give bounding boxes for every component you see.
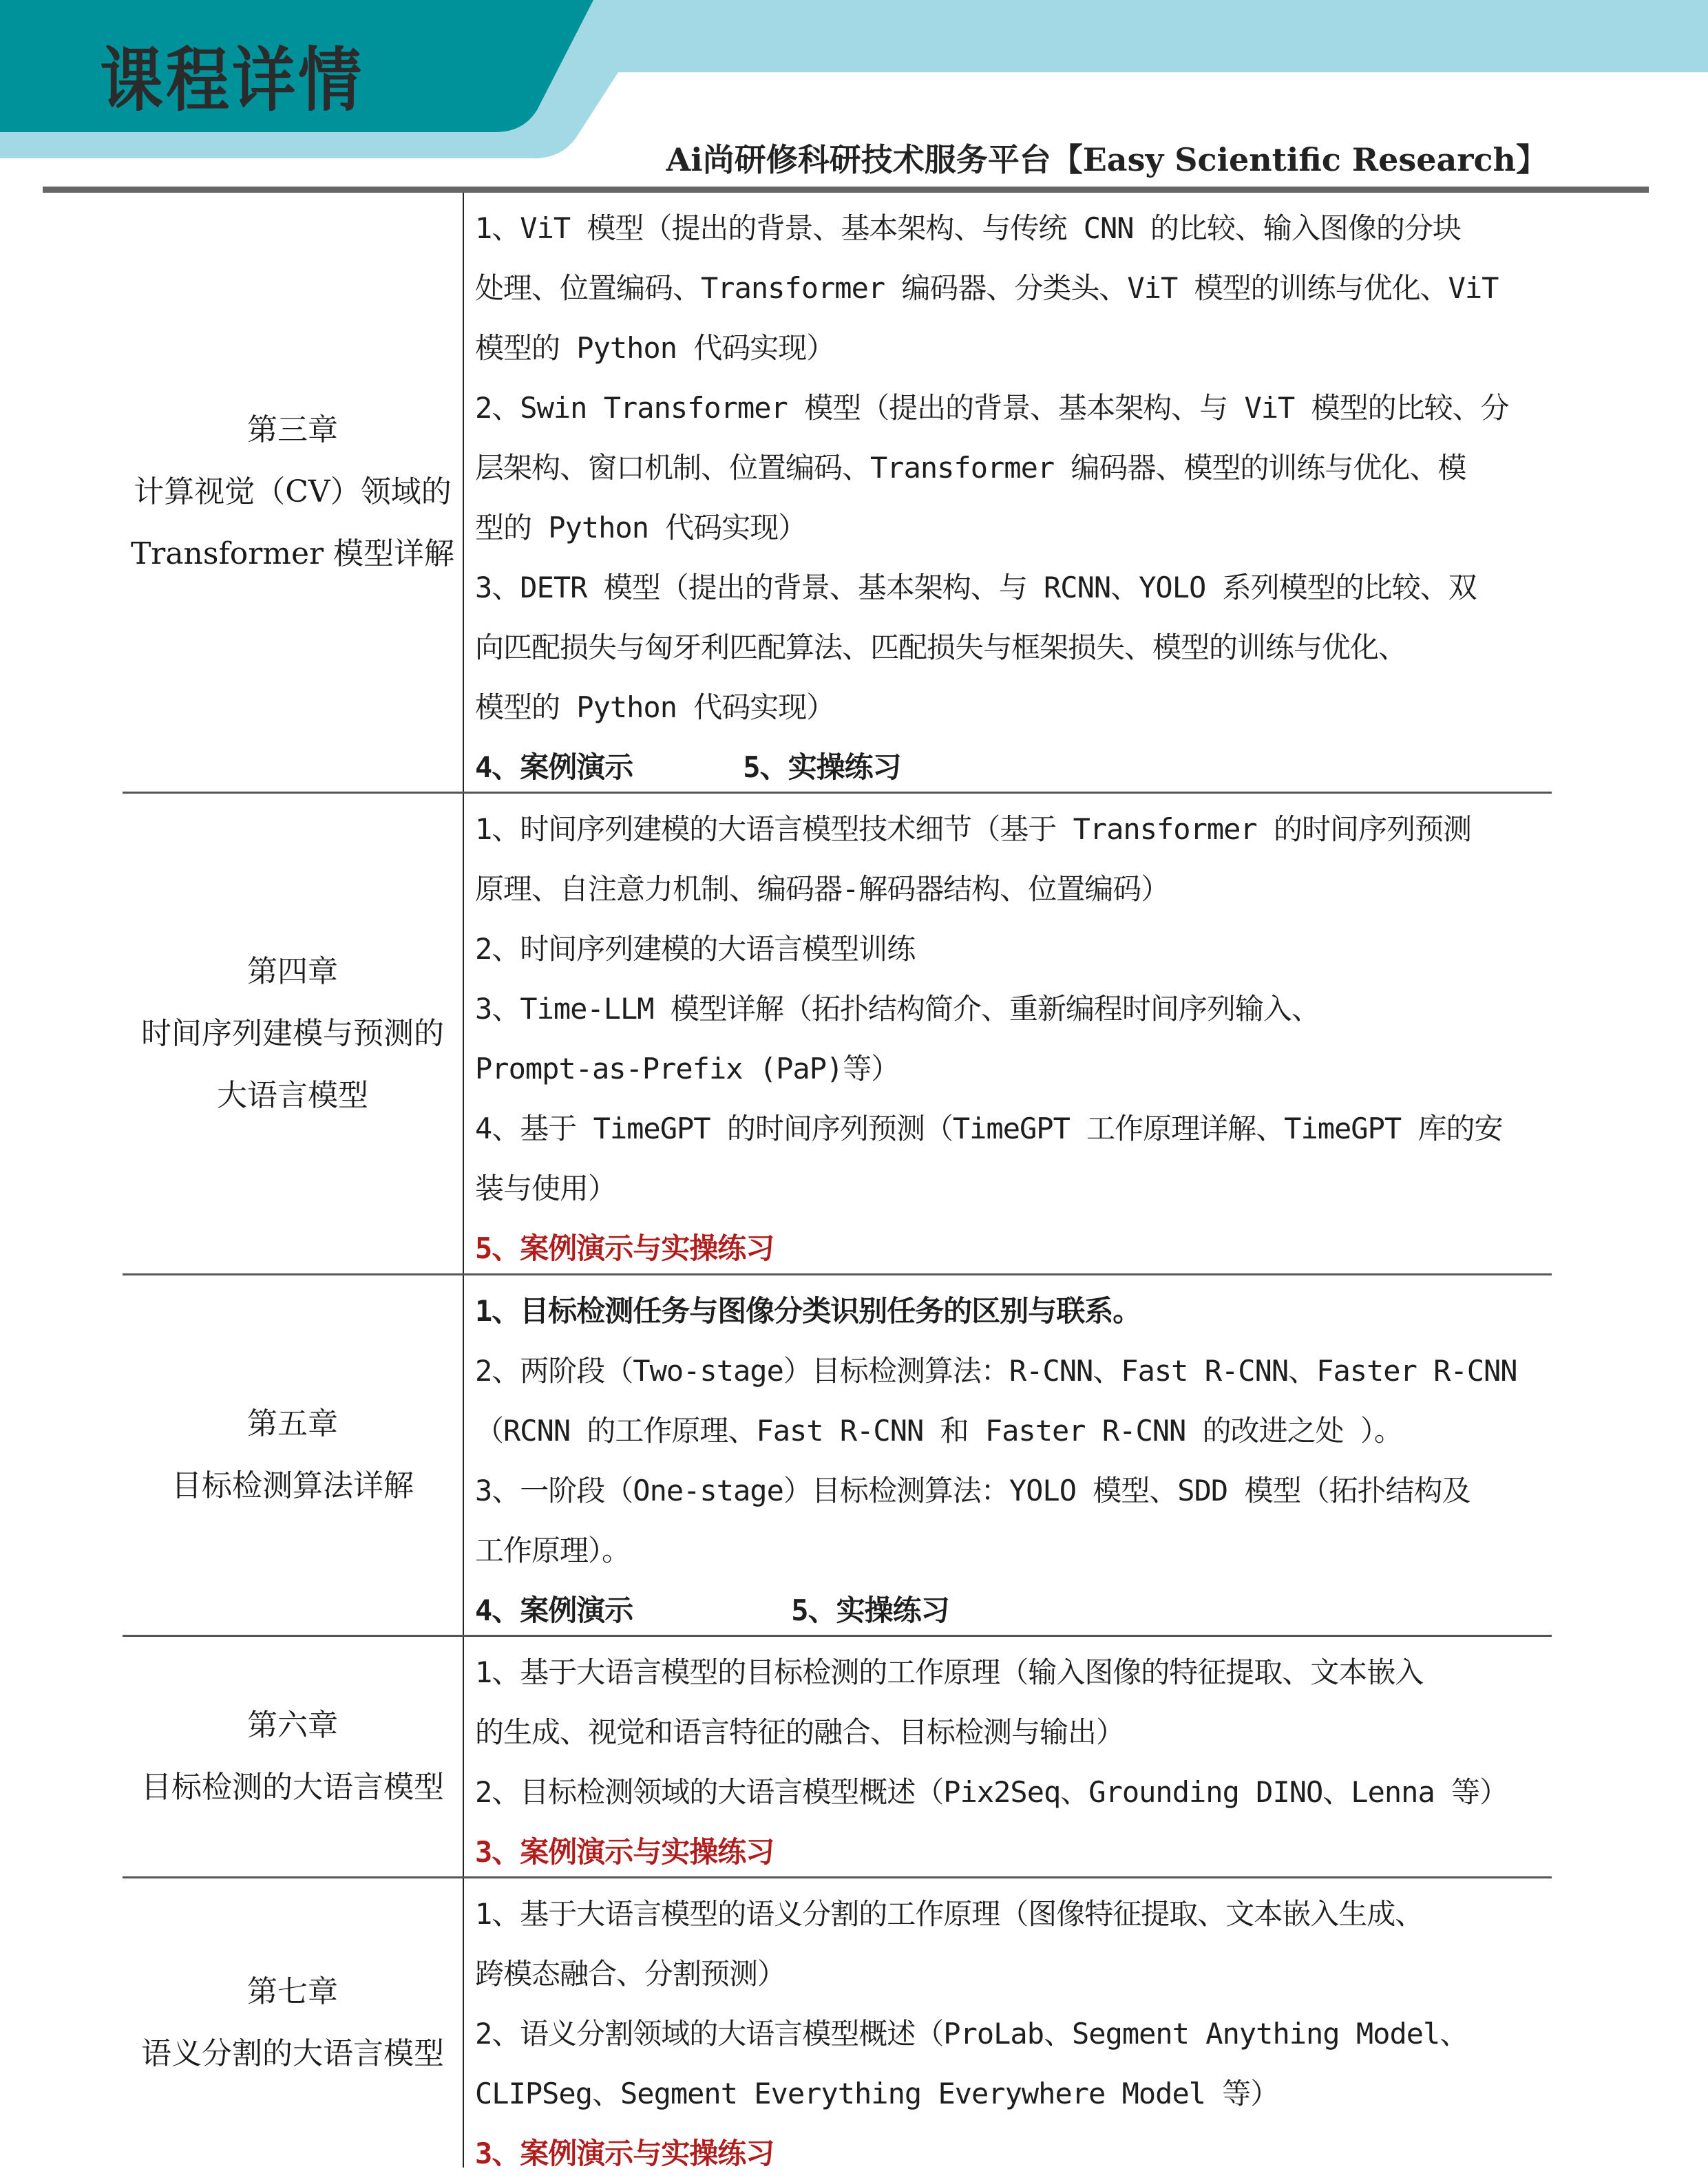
chapter-title-line: 时间序列建模与预测的 [141, 1003, 444, 1065]
content-line-highlight: 3、案例演示与实操练习 [475, 2123, 1552, 2182]
chapter-number: 第五章 [171, 1393, 414, 1455]
chapter-title-line: 目标检测算法详解 [171, 1455, 414, 1517]
platform-subtitle: Ai尚研修科研技术服务平台【Easy Scientific Research】 [666, 135, 1548, 180]
chapter-row-5: 第五章 目标检测算法详解 1、目标检测任务与图像分类识别任务的区别与联系。 2、… [123, 1275, 1552, 1637]
chapter-row-3: 第三章 计算视觉（CV）领域的 Transformer 模型详解 1、ViT 模… [123, 193, 1552, 794]
chapter-label-cell: 第三章 计算视觉（CV）领域的 Transformer 模型详解 [123, 193, 464, 792]
chapter-number: 第六章 [141, 1695, 444, 1757]
chapter-content-cell: 1、时间序列建模的大语言模型技术细节（基于 Transformer 的时间序列预… [464, 794, 1552, 1273]
chapter-title-line: Transformer 模型详解 [131, 523, 454, 585]
case-demo-item: 4、案例演示 [475, 1593, 633, 1627]
chapter-number: 第三章 [131, 399, 454, 461]
content-line: 2、时间序列建模的大语言模型训练 [475, 919, 1552, 979]
header-divider [43, 187, 1649, 193]
chapter-label-cell: 第五章 目标检测算法详解 [123, 1275, 464, 1635]
content-line: 2、目标检测领域的大语言模型概述（Pix2Seq、Grounding DINO、… [475, 1762, 1552, 1822]
content-line: 1、ViT 模型（提出的背景、基本架构、与传统 CNN 的比较、输入图像的分块 [475, 198, 1552, 258]
content-line: 模型的 Python 代码实现） [475, 677, 1552, 737]
content-line: 工作原理）。 [475, 1521, 1552, 1580]
chapter-content-cell: 1、ViT 模型（提出的背景、基本架构、与传统 CNN 的比较、输入图像的分块 … [464, 193, 1552, 792]
content-line: （RCNN 的工作原理、Fast R-CNN 和 Faster R-CNN 的改… [475, 1401, 1552, 1461]
content-line: 模型的 Python 代码实现） [475, 318, 1552, 378]
content-line: 跨模态融合、分割预测） [475, 1944, 1552, 2004]
chapter-title-line: 大语言模型 [141, 1065, 444, 1127]
content-line: 4、基于 TimeGPT 的时间序列预测（TimeGPT 工作原理详解、Time… [475, 1099, 1552, 1158]
content-line-footer: 4、案例演示5、实操练习 [475, 1580, 1552, 1640]
page-title: 课程详情 [100, 25, 364, 125]
content-line: 1、基于大语言模型的目标检测的工作原理（输入图像的特征提取、文本嵌入 [475, 1642, 1552, 1702]
content-line-highlight: 5、案例演示与实操练习 [475, 1218, 1552, 1278]
chapter-number: 第四章 [141, 941, 444, 1003]
practice-item: 5、实操练习 [791, 1593, 949, 1627]
content-line-footer: 4、案例演示5、实操练习 [475, 737, 1552, 797]
content-line: 型的 Python 代码实现） [475, 498, 1552, 558]
chapter-content-cell: 1、基于大语言模型的语义分割的工作原理（图像特征提取、文本嵌入生成、 跨模态融合… [464, 1878, 1552, 2168]
content-line: 装与使用） [475, 1158, 1552, 1218]
chapter-label-cell: 第六章 目标检测的大语言模型 [123, 1637, 464, 1876]
chapter-content-cell: 1、基于大语言模型的目标检测的工作原理（输入图像的特征提取、文本嵌入 的生成、视… [464, 1637, 1552, 1876]
content-line: 层架构、窗口机制、位置编码、Transformer 编码器、模型的训练与优化、模 [475, 438, 1552, 498]
content-line: 处理、位置编码、Transformer 编码器、分类头、ViT 模型的训练与优化… [475, 258, 1552, 318]
content-line: 3、Time-LLM 模型详解（拓扑结构简介、重新编程时间序列输入、 [475, 979, 1552, 1039]
case-demo-item: 4、案例演示 [475, 750, 633, 784]
content-line: 2、Swin Transformer 模型（提出的背景、基本架构、与 ViT 模… [475, 378, 1552, 438]
chapter-title-line: 计算视觉（CV）领域的 [131, 461, 454, 523]
content-line-highlight: 3、案例演示与实操练习 [475, 1822, 1552, 1882]
chapter-number: 第七章 [141, 1961, 444, 2023]
content-line: Prompt-as-Prefix (PaP)等） [475, 1039, 1552, 1099]
content-line: 2、两阶段（Two-stage）目标检测算法：R-CNN、Fast R-CNN、… [475, 1341, 1552, 1401]
content-line: CLIPSeg、Segment Everything Everywhere Mo… [475, 2064, 1552, 2123]
content-line: 3、一阶段（One-stage）目标检测算法：YOLO 模型、SDD 模型（拓扑… [475, 1461, 1552, 1521]
chapter-label-cell: 第四章 时间序列建模与预测的 大语言模型 [123, 794, 464, 1273]
content-line: 1、时间序列建模的大语言模型技术细节（基于 Transformer 的时间序列预… [475, 799, 1552, 859]
chapter-title-line: 语义分割的大语言模型 [141, 2023, 444, 2085]
chapter-row-4: 第四章 时间序列建模与预测的 大语言模型 1、时间序列建模的大语言模型技术细节（… [123, 794, 1552, 1275]
content-line: 3、DETR 模型（提出的背景、基本架构、与 RCNN、YOLO 系列模型的比较… [475, 558, 1552, 617]
content-line: 2、语义分割领域的大语言模型概述（ProLab、Segment Anything… [475, 2004, 1552, 2064]
chapter-content-cell: 1、目标检测任务与图像分类识别任务的区别与联系。 2、两阶段（Two-stage… [464, 1275, 1552, 1635]
content-line: 1、目标检测任务与图像分类识别任务的区别与联系。 [475, 1281, 1552, 1341]
content-line: 向匹配损失与匈牙利匹配算法、匹配损失与框架损失、模型的训练与优化、 [475, 617, 1552, 677]
chapter-row-6: 第六章 目标检测的大语言模型 1、基于大语言模型的目标检测的工作原理（输入图像的… [123, 1637, 1552, 1878]
practice-item: 5、实操练习 [743, 750, 900, 784]
content-line: 原理、自注意力机制、编码器-解码器结构、位置编码） [475, 859, 1552, 919]
chapter-row-7: 第七章 语义分割的大语言模型 1、基于大语言模型的语义分割的工作原理（图像特征提… [123, 1878, 1552, 2168]
chapter-title-line: 目标检测的大语言模型 [141, 1757, 444, 1819]
content-line: 1、基于大语言模型的语义分割的工作原理（图像特征提取、文本嵌入生成、 [475, 1884, 1552, 1944]
course-table: 第三章 计算视觉（CV）领域的 Transformer 模型详解 1、ViT 模… [123, 193, 1552, 2168]
content-line: 的生成、视觉和语言特征的融合、目标检测与输出） [475, 1702, 1552, 1762]
chapter-label-cell: 第七章 语义分割的大语言模型 [123, 1878, 464, 2168]
